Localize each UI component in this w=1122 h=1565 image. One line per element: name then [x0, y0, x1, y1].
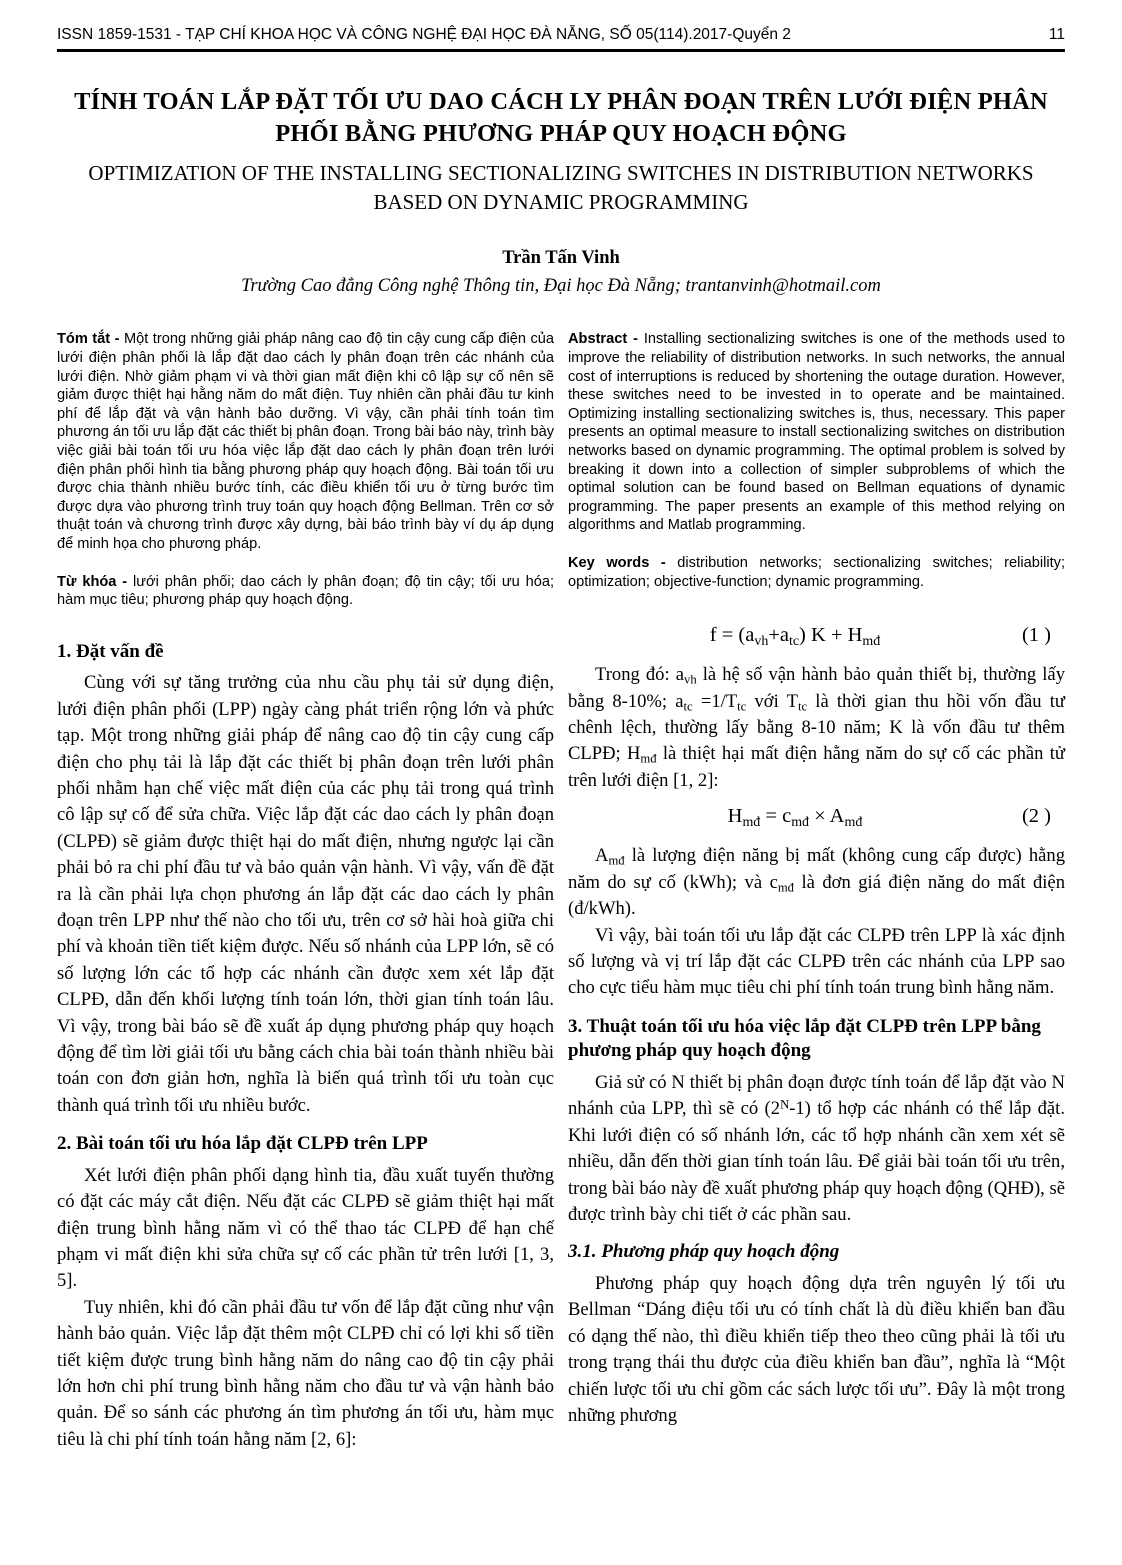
section-3-heading: 3. Thuật toán tối ưu hóa việc lắp đặt CL…	[568, 1015, 1065, 1064]
section-3-1-heading: 3.1. Phương pháp quy hoạch động	[568, 1240, 1065, 1265]
abstract-vietnamese: Tóm tắt - Một trong những giải pháp nâng…	[57, 330, 554, 553]
equation-2-expression: Hmđ = cmđ × Amđ	[568, 802, 1022, 831]
left-column: Tóm tắt - Một trong những giải pháp nâng…	[57, 330, 554, 1453]
section-1-heading: 1. Đặt vấn đề	[57, 640, 554, 665]
keywords-english: Key words - distribution networks; secti…	[568, 554, 1065, 591]
section-1-paragraph-1: Cùng với sự tăng trưởng của nhu cầu phụ …	[57, 670, 554, 1119]
two-column-layout: Tóm tắt - Một trong những giải pháp nâng…	[57, 330, 1065, 1453]
equation-2-number: (2 )	[1022, 802, 1065, 831]
section-3-1-paragraph-1: Phương pháp quy hoạch động dựa trên nguy…	[568, 1271, 1065, 1429]
keywords-vi-text: lưới phân phối; dao cách ly phân đoạn; đ…	[57, 574, 554, 609]
section-2-heading: 2. Bài toán tối ưu hóa lắp đặt CLPĐ trên…	[57, 1132, 554, 1157]
equation-1-expression: f = (avh+atc) K + Hmđ	[568, 621, 1022, 650]
equation-1-number: (1 )	[1022, 621, 1065, 650]
equation-2: Hmđ = cmđ × Amđ (2 )	[568, 802, 1065, 831]
paper-page: ISSN 1859-1531 - TẠP CHÍ KHOA HỌC VÀ CÔN…	[0, 0, 1122, 1565]
keywords-vi-label: Từ khóa -	[57, 574, 127, 590]
equation-1: f = (avh+atc) K + Hmđ (1 )	[568, 621, 1065, 650]
abstract-en-text: Installing sectionalizing switches is on…	[568, 331, 1065, 533]
title-vietnamese: TÍNH TOÁN LẮP ĐẶT TỐI ƯU DAO CÁCH LY PHÂ…	[63, 86, 1059, 151]
abstract-vi-text: Một trong những giải pháp nâng cao độ ti…	[57, 331, 554, 552]
right-column: Abstract - Installing sectionalizing swi…	[568, 330, 1065, 1453]
abstract-english: Abstract - Installing sectionalizing swi…	[568, 330, 1065, 535]
abstract-vi-label: Tóm tắt -	[57, 331, 119, 347]
keywords-en-label: Key words -	[568, 555, 666, 571]
abstract-en-label: Abstract -	[568, 331, 638, 347]
journal-issn-line: ISSN 1859-1531 - TẠP CHÍ KHOA HỌC VÀ CÔN…	[57, 26, 791, 44]
keywords-vietnamese: Từ khóa - lưới phân phối; dao cách ly ph…	[57, 573, 554, 610]
author-name: Trần Tấn Vinh	[57, 248, 1065, 269]
left-body: 1. Đặt vấn đề Cùng với sự tăng trưởng củ…	[57, 640, 554, 1453]
title-english: OPTIMIZATION OF THE INSTALLING SECTIONAL…	[71, 159, 1051, 218]
equation-1-explanation: Trong đó: avh là hệ số vận hành bảo quản…	[568, 662, 1065, 794]
section-3-paragraph-1: Giả sử có N thiết bị phân đoạn được tính…	[568, 1070, 1065, 1228]
running-header: ISSN 1859-1531 - TẠP CHÍ KHOA HỌC VÀ CÔN…	[57, 26, 1065, 52]
author-affiliation: Trường Cao đẳng Công nghệ Thông tin, Đại…	[57, 276, 1065, 297]
right-body: f = (avh+atc) K + Hmđ (1 ) Trong đó: avh…	[568, 621, 1065, 1429]
section-2-paragraph-2: Tuy nhiên, khi đó cần phải đầu tư vốn để…	[57, 1295, 554, 1453]
equation-2-explanation: Amđ là lượng điện năng bị mất (không cun…	[568, 843, 1065, 922]
section-2-paragraph-1: Xét lưới điện phân phối dạng hình tia, đ…	[57, 1163, 554, 1295]
section-2-paragraph-3: Vì vậy, bài toán tối ưu lắp đặt các CLPĐ…	[568, 923, 1065, 1002]
page-number: 11	[1049, 26, 1065, 44]
